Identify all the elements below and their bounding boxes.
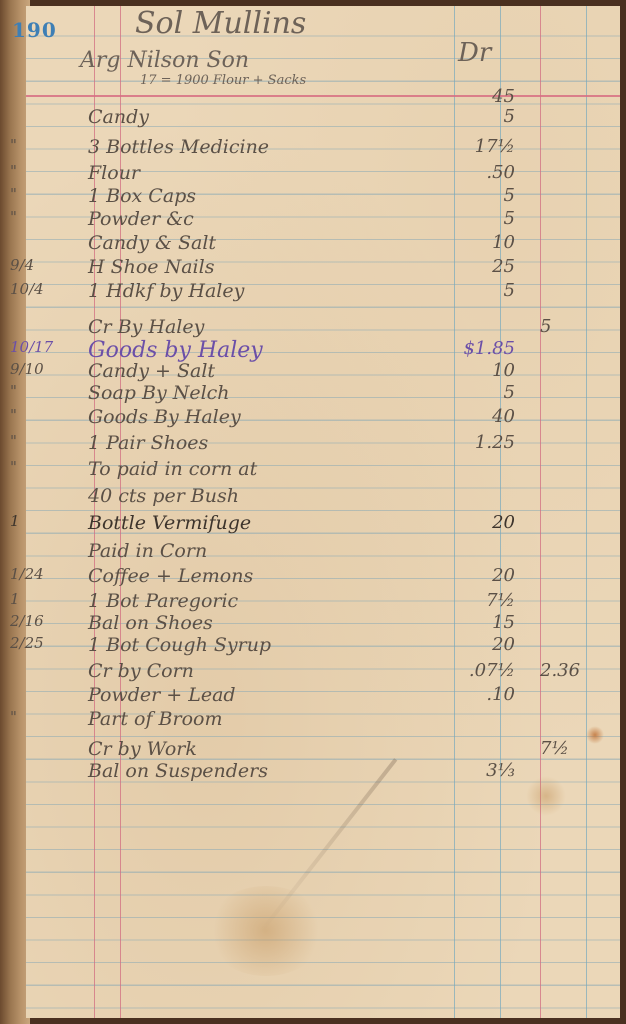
debit-mark: Dr bbox=[458, 38, 491, 68]
entry-credit-amount: 7½ bbox=[540, 738, 610, 759]
ledger-row: "To paid in corn at bbox=[0, 458, 626, 480]
entry-amount: 15 bbox=[440, 612, 515, 633]
entry-description: Powder + Lead bbox=[88, 684, 236, 706]
entry-date: " bbox=[10, 432, 17, 450]
entry-description: Goods By Haley bbox=[88, 406, 241, 428]
entry-description: Flour bbox=[88, 162, 140, 184]
entry-amount: 1.25 bbox=[440, 432, 515, 453]
entry-date: " bbox=[10, 136, 17, 154]
ledger-row: 2/251 Bot Cough Syrup20 bbox=[0, 634, 626, 656]
entry-date: 10/4 bbox=[10, 280, 44, 298]
ledger-row: 40 cts per Bush bbox=[0, 485, 626, 507]
entry-description: 40 cts per Bush bbox=[88, 485, 239, 507]
entry-amount: 5 bbox=[440, 280, 515, 301]
ledger-row: 11 Bot Paregoric7½ bbox=[0, 590, 626, 612]
entry-description: 1 Pair Shoes bbox=[88, 432, 208, 454]
account-subtitle: Arg Nilson Son bbox=[80, 48, 249, 73]
ledger-row: "Goods By Haley40 bbox=[0, 406, 626, 428]
entry-amount: 40 bbox=[440, 406, 515, 427]
entry-date: 1/24 bbox=[10, 565, 44, 583]
ledger-row: "Flour.50 bbox=[0, 162, 626, 184]
ledger-row: Cr by Corn.07½2.36 bbox=[0, 660, 626, 682]
entry-amount: .50 bbox=[440, 162, 515, 183]
account-name: Sol Mullins bbox=[135, 6, 306, 41]
entry-amount: 45 bbox=[440, 86, 515, 107]
ledger-row: "Part of Broom bbox=[0, 708, 626, 730]
entry-description: 1 Bot Paregoric bbox=[88, 590, 238, 612]
ledger-row: Cr By Haley5 bbox=[0, 316, 626, 338]
entry-description: 1 Bot Cough Syrup bbox=[88, 634, 271, 656]
entry-amount: 5 bbox=[440, 106, 515, 127]
entry-amount: .10 bbox=[440, 684, 515, 705]
ledger-row: Candy & Salt10 bbox=[0, 232, 626, 254]
entry-date: " bbox=[10, 185, 17, 203]
ledger-row: Paid in Corn bbox=[0, 540, 626, 562]
ledger-book: 190 Sol Mullins Arg Nilson Son Dr 17 = 1… bbox=[0, 0, 626, 1024]
ledger-row: Candy5 bbox=[0, 106, 626, 128]
entry-date: " bbox=[10, 208, 17, 226]
ledger-row: 2/16Bal on Shoes15 bbox=[0, 612, 626, 634]
entry-date: " bbox=[10, 382, 17, 400]
entry-amount: 20 bbox=[440, 634, 515, 655]
entry-amount: 7½ bbox=[440, 590, 515, 611]
ledger-row: Powder + Lead.10 bbox=[0, 684, 626, 706]
entry-amount: 3⅓ bbox=[440, 760, 515, 781]
entry-date: 2/16 bbox=[10, 612, 44, 630]
entry-description: Cr by Corn bbox=[88, 660, 194, 682]
entry-date: " bbox=[10, 406, 17, 424]
entry-amount: 5 bbox=[440, 382, 515, 403]
ledger-row: "Powder &c5 bbox=[0, 208, 626, 230]
entry-credit-amount: 5 bbox=[540, 316, 610, 337]
ledger-row: 45 bbox=[0, 86, 626, 108]
entry-description: 1 Hdkf by Haley bbox=[88, 280, 244, 302]
ledger-row: 9/4H Shoe Nails25 bbox=[0, 256, 626, 278]
entry-description: Part of Broom bbox=[88, 708, 222, 730]
entry-description: Bal on Suspenders bbox=[88, 760, 268, 782]
entry-description: Candy bbox=[88, 106, 149, 128]
entry-amount: 20 bbox=[440, 512, 515, 533]
entry-date: 1 bbox=[10, 590, 20, 608]
entry-date: 9/10 bbox=[10, 360, 44, 378]
entry-description: Cr by Work bbox=[88, 738, 197, 760]
entry-description: Paid in Corn bbox=[88, 540, 207, 562]
entry-description: To paid in corn at bbox=[88, 458, 257, 480]
ledger-row: Bal on Suspenders3⅓ bbox=[0, 760, 626, 782]
entry-amount: 5 bbox=[440, 208, 515, 229]
entry-date: 1 bbox=[10, 512, 20, 530]
ledger-row: Cr by Work7½ bbox=[0, 738, 626, 760]
entry-date: " bbox=[10, 708, 17, 726]
entry-description: 1 Box Caps bbox=[88, 185, 196, 207]
entry-description: H Shoe Nails bbox=[88, 256, 214, 278]
entry-description: Candy + Salt bbox=[88, 360, 215, 382]
ledger-row: 9/10Candy + Salt10 bbox=[0, 360, 626, 382]
entry-amount: 10 bbox=[440, 232, 515, 253]
entry-description: Cr By Haley bbox=[88, 316, 204, 338]
entry-description: Soap By Nelch bbox=[88, 382, 230, 404]
entry-amount: 5 bbox=[440, 185, 515, 206]
entry-description: Coffee + Lemons bbox=[88, 565, 253, 587]
entry-amount: 17½ bbox=[440, 136, 515, 157]
entry-date: 2/25 bbox=[10, 634, 44, 652]
entry-date: 10/17 bbox=[10, 338, 53, 356]
ledger-row: 10/41 Hdkf by Haley5 bbox=[0, 280, 626, 302]
entry-amount: 10 bbox=[440, 360, 515, 381]
entry-amount: .07½ bbox=[440, 660, 515, 681]
entry-date: " bbox=[10, 458, 17, 476]
entry-date: " bbox=[10, 162, 17, 180]
entry-description: 3 Bottles Medicine bbox=[88, 136, 269, 158]
stain bbox=[526, 776, 566, 816]
entry-description: Bal on Shoes bbox=[88, 612, 213, 634]
entry-credit-amount: 2.36 bbox=[540, 660, 610, 681]
ledger-row: "3 Bottles Medicine17½ bbox=[0, 136, 626, 158]
page-number: 190 bbox=[12, 18, 57, 42]
ledger-row: 1Bottle Vermifuge20 bbox=[0, 512, 626, 534]
entry-amount: 25 bbox=[440, 256, 515, 277]
entry-amount: 20 bbox=[440, 565, 515, 586]
ledger-row: "1 Pair Shoes1.25 bbox=[0, 432, 626, 454]
entry-amount: $1.85 bbox=[440, 338, 515, 359]
ledger-row: 1/24Coffee + Lemons20 bbox=[0, 565, 626, 587]
entry-description: Bottle Vermifuge bbox=[88, 512, 251, 534]
ledger-row: 10/17Goods by Haley$1.85 bbox=[0, 338, 626, 360]
entry-description: Powder &c bbox=[88, 208, 194, 230]
ledger-row: "1 Box Caps5 bbox=[0, 185, 626, 207]
entry-description: Candy & Salt bbox=[88, 232, 216, 254]
stain bbox=[206, 886, 326, 976]
entry-date: 9/4 bbox=[10, 256, 34, 274]
ledger-row: "Soap By Nelch5 bbox=[0, 382, 626, 404]
